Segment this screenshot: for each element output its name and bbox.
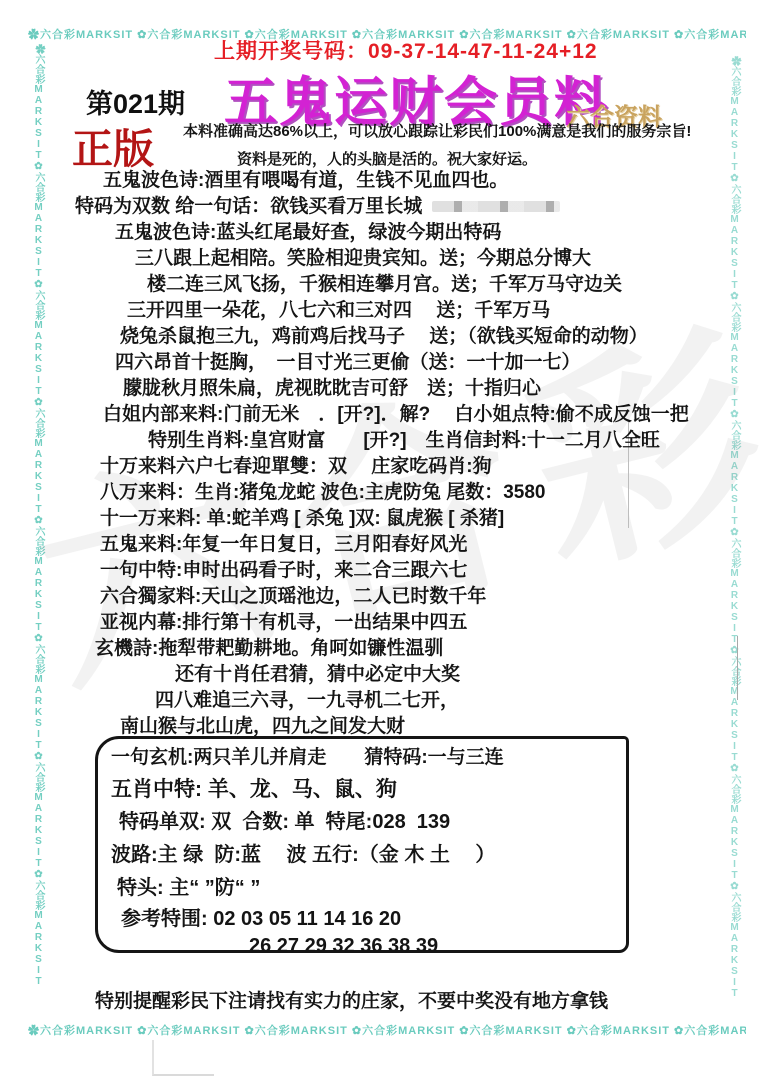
box-line-reference-numbers-row2: 26 27 29 32 36 38 39 bbox=[249, 933, 626, 959]
tip-line-text: 特码为双数 给一句话：欲钱买看万里长城 bbox=[75, 196, 422, 217]
tip-line: 三开四里一朵花，八七六和三对四 送；千军万马 bbox=[127, 298, 718, 324]
box-line-reference-numbers-row1: 参考特围: 02 03 05 11 14 16 20 bbox=[121, 905, 626, 933]
box-line-mystery-phrase: 一句玄机:两只羊儿并肩走 猜特码:一与三连 bbox=[111, 742, 626, 773]
box-line-five-zodiac: 五肖中特: 羊、龙、马、鼠、狗 bbox=[111, 773, 626, 806]
tip-line: 五鬼来料:年复一年日复日，三月阳春好风光 bbox=[100, 532, 718, 558]
box-line-odd-even: 特码单双: 双 合数: 单 特尾:028 139 bbox=[119, 806, 626, 839]
tip-line: 四六昂首十挺胸， 一目寸光三更偷（送：一十加一七） bbox=[115, 350, 718, 376]
tip-line: 楼二连三风飞扬，千猴相连攀月宫。送；千军万马守边关 bbox=[147, 272, 718, 298]
tip-line: 四八难追三六寻，一九寻机二七开， bbox=[155, 688, 718, 714]
box-line-wave-elements: 波路:主 绿 防:蓝 波 五行:（金 木 土 ） bbox=[111, 839, 626, 872]
tip-line: 十一万来料: 单:蛇羊鸡 [ 杀兔 ]双: 鼠虎猴 [ 杀猪] bbox=[100, 506, 718, 532]
tip-line: 特码为双数 给一句话：欲钱买看万里长城 bbox=[75, 194, 718, 220]
tagline-motto: 资料是死的，人的头脑是活的。祝大家好运。 bbox=[0, 148, 774, 169]
footer-warning: 特别提醒彩民下注请找有实力的庄家，不要中奖没有地方拿钱 bbox=[95, 986, 608, 1013]
tip-line: 特别生肖料:皇宫财富 [开?] 生肖信封料:十一二月八全旺 bbox=[148, 428, 718, 454]
tip-line: 一句中特:申时出码看子时，来二合三跟六七 bbox=[100, 558, 718, 584]
box-line-special-head: 特头: 主“ ”防“ ” bbox=[117, 872, 626, 905]
tip-line: 六合獨家料:天山之顶瑶池边，二人已时数千年 bbox=[100, 584, 718, 610]
decorative-border-left: ✿六合彩MARKSIT✿六合彩MARKSIT✿六合彩MARKSIT✿六合彩MAR… bbox=[29, 44, 46, 1019]
scan-artifact-corner bbox=[152, 1040, 214, 1076]
tip-line: 三八跟上起相陪。笑脸相迎贵宾知。送；今期总分博大 bbox=[135, 246, 718, 272]
tip-line: 亚视内幕:排行第十有机寻，一出结果中四五 bbox=[100, 610, 718, 636]
lottery-tip-sheet: ✿六合彩MARKSIT ✿六合彩MARKSIT ✿六合彩MARKSIT ✿六合彩… bbox=[0, 0, 774, 1083]
tip-line: 五鬼波色诗:酒里有喂喝有道，生钱不见血四也。 bbox=[103, 168, 718, 194]
tagline-accuracy: 本料准确高达86%以上，可以放心跟踪让彩民们100%满意是我们的服务宗旨! bbox=[183, 120, 691, 141]
tip-line: 玄機詩:拖犁带耙勤耕地。角呵如镰性温驯 bbox=[95, 636, 718, 662]
tip-line: 白姐内部来料:门前无米 ．[开?]．解? 白小姐点特:偷不成反蚀一把 bbox=[103, 402, 718, 428]
tip-line: 烧兔杀鼠抱三九，鸡前鸡后找马子 送；（欲钱买短命的动物） bbox=[120, 324, 718, 350]
erased-text-smudge bbox=[432, 201, 560, 212]
decorative-border-right: ✿六合彩MARKSIT✿六合彩MARKSIT✿六合彩MARKSIT✿六合彩MAR… bbox=[723, 56, 742, 1014]
tip-line: 朦胧秋月照朱扁，虎视眈眈吉可舒 送；十指归心 bbox=[123, 376, 718, 402]
prediction-box: 一句玄机:两只羊儿并肩走 猜特码:一与三连 五肖中特: 羊、龙、马、鼠、狗 特码… bbox=[95, 736, 629, 953]
decorative-border-bottom: ✿六合彩MARKSIT ✿六合彩MARKSIT ✿六合彩MARKSIT ✿六合彩… bbox=[28, 1022, 746, 1039]
tip-line: 还有十肖任君猜，猜中必定中大奖 bbox=[175, 662, 718, 688]
tip-line: 八万来料：生肖:猪兔龙蛇 波色:主虎防兔 尾数：3580 bbox=[100, 480, 718, 506]
tip-line: 五鬼波色诗:蓝头红尾最好查，绿波今期出特码 bbox=[115, 220, 718, 246]
tip-lines: 五鬼波色诗:酒里有喂喝有道，生钱不见血四也。 特码为双数 给一句话：欲钱买看万里… bbox=[50, 168, 718, 740]
scan-artifact-line bbox=[737, 636, 738, 700]
tip-line: 十万来料六户七春迎單雙：双 庄家吃码肖:狗 bbox=[100, 454, 718, 480]
